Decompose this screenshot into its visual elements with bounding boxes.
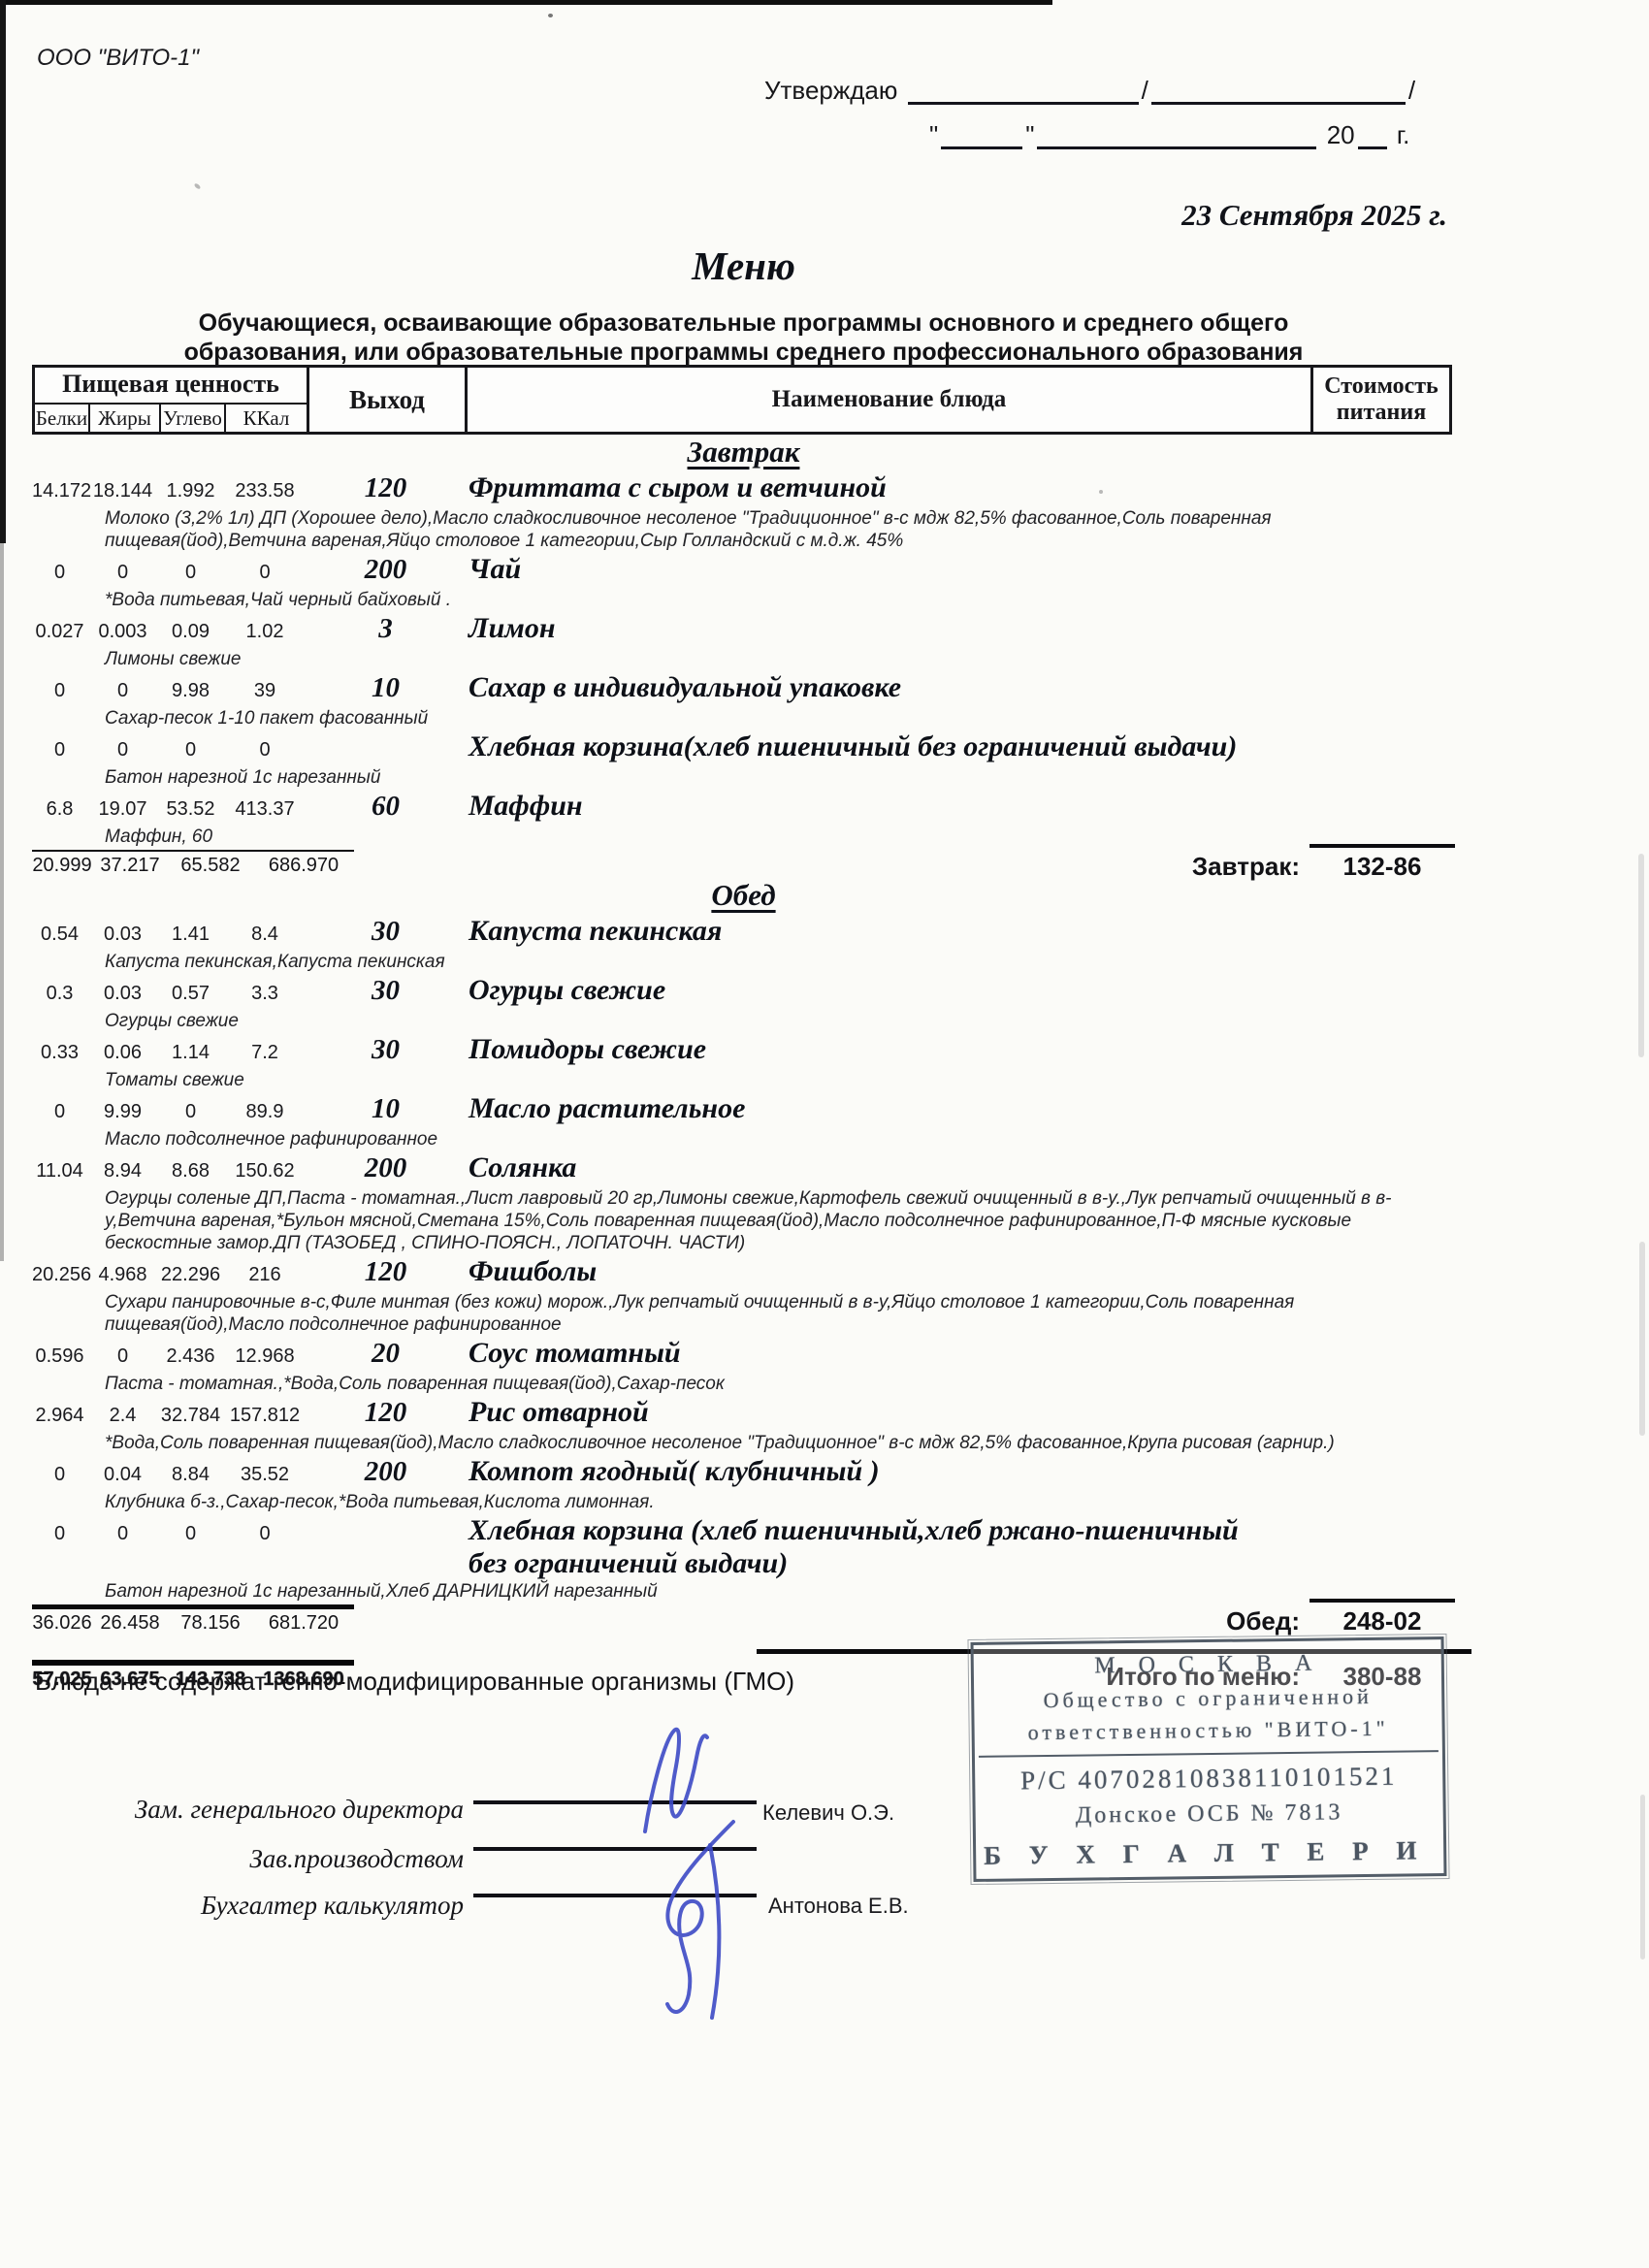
scan-speck-1	[548, 14, 553, 17]
dish-name: Фриттата с сыром и ветчиной	[469, 471, 1303, 504]
nutrition-values: 009.9839	[32, 674, 307, 707]
dish-name: Сахар в индивидуальной упаковке	[469, 671, 1303, 704]
stamp-divider	[979, 1750, 1439, 1758]
total-value: 37.217	[92, 855, 168, 877]
stamp-org-line-1: Общество с ограниченной	[982, 1683, 1434, 1714]
dish-name: Чай	[469, 553, 1303, 586]
nutrition-values: 11.048.948.68150.62	[32, 1154, 307, 1187]
dish-name-line: Огурцы свежие	[469, 974, 1303, 1007]
dish-name: Лимон	[469, 612, 1303, 645]
fat-value: 0.03	[87, 918, 158, 951]
protein-value: 0	[32, 1517, 87, 1550]
menu-row: 0.59602.43612.96820Соус томатный	[32, 1337, 1455, 1373]
nutrition-values: 00.048.8435.52	[32, 1458, 307, 1491]
nutrition-values: 0.540.031.418.4	[32, 918, 307, 951]
signature-name-deputy-director: Келевич О.Э.	[762, 1800, 894, 1826]
scan-speck-2	[194, 182, 202, 190]
stamp-bank-branch: Донское ОСБ № 7813	[984, 1798, 1436, 1831]
approval-date-line: "" 20 г.	[929, 120, 1409, 150]
total-value: 36.026	[32, 1612, 92, 1635]
year-prefix: 20	[1327, 120, 1355, 149]
fat-value: 0.03	[87, 977, 158, 1010]
dish-name: Хлебная корзина(хлеб пшеничный без огран…	[469, 730, 1303, 763]
ingredients: Огурцы свежие	[105, 1010, 1453, 1032]
nutrition-header-group: Пищевая ценность Белки Жиры Углево ККал	[35, 368, 309, 432]
protein-value: 2.964	[32, 1399, 87, 1432]
nutrition-values: 0000	[32, 556, 307, 589]
dish-name: Хлебная корзина (хлеб пшеничный,хлеб ржа…	[469, 1514, 1303, 1580]
table-header: Пищевая ценность Белки Жиры Углево ККал …	[32, 365, 1452, 435]
page-title: Меню	[32, 243, 1455, 289]
dish-name-line: Хлебная корзина (хлеб пшеничный,хлеб ржа…	[469, 1514, 1303, 1547]
nutrition-values: 0.0270.0030.091.02	[32, 615, 307, 648]
portion-size: 30	[307, 916, 465, 948]
portion-size: 120	[307, 1397, 465, 1429]
approval-line: Утверждаю //	[764, 76, 1415, 106]
dish-name: Соус томатный	[469, 1337, 1303, 1370]
total-values: 20.99937.21765.582686.970	[32, 850, 354, 877]
fat-value: 0.003	[87, 615, 158, 648]
dish-name-line: Масло растительное	[469, 1092, 1303, 1125]
protein-value: 0	[32, 1095, 87, 1128]
carbs-value: 1.14	[158, 1036, 223, 1069]
dish-name-line-2: без ограничений выдачи)	[469, 1547, 1303, 1580]
menu-row: 0.540.031.418.430Капуста пекинская	[32, 915, 1455, 951]
dish-name: Солянка	[469, 1151, 1303, 1184]
stamp-city: М О С К В А	[982, 1649, 1434, 1681]
menu-row: 00.048.8435.52200Компот ягодный( клубнич…	[32, 1455, 1455, 1491]
portion-size: 20	[307, 1338, 465, 1370]
carbs-value: 53.52	[158, 793, 223, 826]
carbs-value: 1.41	[158, 918, 223, 951]
protein-value: 0.33	[32, 1036, 87, 1069]
protein-value: 0	[32, 733, 87, 766]
menu-row: 0.30.030.573.330Огурцы свежие	[32, 974, 1455, 1010]
menu-row: 0000200Чай	[32, 553, 1455, 589]
col-header-cost: Стоимость питания	[1313, 368, 1449, 432]
document-subtitle: Обучающиеся, осваивающие образовательные…	[32, 308, 1455, 367]
kcal-value: 413.37	[223, 793, 307, 826]
fat-value: 0.04	[87, 1458, 158, 1491]
stamp-account-number: Р/С 40702810838110101521	[983, 1761, 1435, 1797]
total-values: 36.02626.45878.156681.720	[32, 1604, 354, 1635]
accounting-stamp: М О С К В А Общество с ограниченной отве…	[971, 1636, 1447, 1882]
carbs-value: 9.98	[158, 674, 223, 707]
dish-name: Рис отварной	[469, 1396, 1303, 1429]
total-value: 65.582	[168, 855, 253, 877]
signature-label-deputy-director: Зам. генерального директора	[27, 1795, 464, 1825]
nutrition-values: 0.30.030.573.3	[32, 977, 307, 1010]
ingredients: Огурцы соленые ДП,Паста - томатная.,Лист…	[105, 1187, 1453, 1254]
dish-name-line: Чай	[469, 553, 1303, 586]
scan-smudge-right-1	[1638, 854, 1644, 1057]
dish-name-line: Фриттата с сыром и ветчиной	[469, 471, 1303, 504]
menu-row: 14.17218.1441.992233.58120Фриттата с сыр…	[32, 471, 1455, 507]
protein-value: 14.172	[32, 474, 87, 507]
protein-value: 0	[32, 1458, 87, 1491]
menu-row: 0000Хлебная корзина(хлеб пшеничный без о…	[32, 730, 1455, 766]
col-header-dish: Наименование блюда	[468, 368, 1313, 432]
fat-value: 9.99	[87, 1095, 158, 1128]
kcal-value: 8.4	[223, 918, 307, 951]
portion-size: 30	[307, 975, 465, 1007]
carbs-value: 32.784	[158, 1399, 223, 1432]
fat-value: 0	[87, 556, 158, 589]
kcal-value: 39	[223, 674, 307, 707]
signature-name-accountant: Антонова Е.В.	[768, 1894, 909, 1919]
dish-name-line: Фишболы	[469, 1255, 1303, 1288]
subtitle-line-2: образования, или образовательные програм…	[32, 338, 1455, 367]
nutrition-values: 2.9642.432.784157.812	[32, 1399, 307, 1432]
year-suffix: г.	[1397, 120, 1410, 149]
total-label: Обед:	[1226, 1599, 1300, 1636]
scan-edge-top	[0, 0, 1052, 5]
total-value: 20.999	[32, 855, 92, 877]
col-header-kcal: ККал	[226, 405, 307, 432]
date-day-blank	[941, 123, 1022, 149]
fat-value: 18.144	[87, 474, 158, 507]
protein-value: 0	[32, 556, 87, 589]
portion-size: 3	[307, 613, 465, 645]
protein-value: 0.027	[32, 615, 87, 648]
ingredients: Сухари панировочные в-с,Филе минтая (без…	[105, 1291, 1453, 1336]
total-label: Завтрак:	[1192, 844, 1300, 882]
ingredients: Томаты свежие	[105, 1069, 1453, 1091]
kcal-value: 7.2	[223, 1036, 307, 1069]
nutrition-values: 09.99089.9	[32, 1095, 307, 1128]
total-amount-block: Завтрак:132-86	[1192, 844, 1455, 882]
portion-size: 200	[307, 554, 465, 586]
dish-name: Капуста пекинская	[469, 915, 1303, 948]
open-quote: "	[929, 120, 938, 149]
col-header-portion: Выход	[309, 368, 468, 432]
fat-value: 2.4	[87, 1399, 158, 1432]
carbs-value: 22.296	[158, 1258, 223, 1291]
dish-name-line: Лимон	[469, 612, 1303, 645]
kcal-value: 157.812	[223, 1399, 307, 1432]
carbs-value: 8.68	[158, 1154, 223, 1187]
protein-value: 20.256	[32, 1258, 87, 1291]
protein-value: 11.04	[32, 1154, 87, 1187]
document-date: 23 Сентября 2025 г.	[970, 198, 1447, 233]
nutrition-values: 0000	[32, 733, 307, 766]
portion-size: 200	[307, 1152, 465, 1184]
kcal-value: 35.52	[223, 1458, 307, 1491]
section-title: Обед	[32, 878, 1455, 911]
kcal-value: 0	[223, 1517, 307, 1550]
approval-slash-1: /	[1142, 76, 1148, 105]
signature-label-accountant: Бухгалтер калькулятор	[27, 1891, 464, 1921]
fat-value: 0	[87, 1517, 158, 1550]
col-header-fat: Жиры	[90, 405, 161, 432]
kcal-value: 0	[223, 733, 307, 766]
total-amount: 132-86	[1309, 844, 1455, 882]
carbs-value: 2.436	[158, 1340, 223, 1373]
cost-header-line-2: питания	[1313, 400, 1449, 426]
portion-size: 60	[307, 791, 465, 823]
dish-name: Помидоры свежие	[469, 1033, 1303, 1066]
ingredients: *Вода питьевая,Чай черный байховый .	[105, 589, 1453, 611]
total-amount: 248-02	[1309, 1599, 1455, 1636]
carbs-value: 0	[158, 1517, 223, 1550]
fat-value: 0.06	[87, 1036, 158, 1069]
lunch-section: Обед0.540.031.418.430Капуста пекинскаяКа…	[32, 878, 1455, 1697]
nutrition-header: Пищевая ценность	[35, 368, 307, 405]
kcal-value: 12.968	[223, 1340, 307, 1373]
menu-row: 11.048.948.68150.62200Солянка	[32, 1151, 1455, 1187]
dish-name-line: Капуста пекинская	[469, 915, 1303, 948]
menu-row: 0.0270.0030.091.023Лимон	[32, 612, 1455, 648]
protein-value: 6.8	[32, 793, 87, 826]
dish-name-line: Рис отварной	[469, 1396, 1303, 1429]
portion-size: 10	[307, 1093, 465, 1125]
date-month-blank	[1037, 123, 1316, 149]
carbs-value: 0	[158, 1095, 223, 1128]
dish-name-line: Сахар в индивидуальной упаковке	[469, 671, 1303, 704]
scan-edge-left	[0, 0, 6, 543]
nutrition-values: 20.2564.96822.296216	[32, 1258, 307, 1291]
fat-value: 0	[87, 733, 158, 766]
protein-value: 0.596	[32, 1340, 87, 1373]
total-value: 681.720	[253, 1612, 354, 1635]
nutrition-values: 14.17218.1441.992233.58	[32, 474, 307, 507]
dish-name-line: Помидоры свежие	[469, 1033, 1303, 1066]
menu-document-page: ООО "ВИТО-1" Утверждаю // "" 20 г. 23 Се…	[0, 0, 1649, 2268]
kcal-value: 233.58	[223, 474, 307, 507]
fat-value: 4.968	[87, 1258, 158, 1291]
company-name: ООО "ВИТО-1"	[37, 45, 199, 72]
ingredients: *Вода,Соль поваренная пищевая(йод),Масло…	[105, 1432, 1453, 1454]
breakfast-section: Завтрак14.17218.1441.992233.58120Фриттат…	[32, 435, 1455, 887]
close-quote: "	[1025, 120, 1034, 149]
portion-size: 120	[307, 1256, 465, 1288]
nutrition-values: 6.819.0753.52413.37	[32, 793, 307, 826]
dish-name-line: Хлебная корзина(хлеб пшеничный без огран…	[469, 730, 1303, 763]
nutrition-values: 0.330.061.147.2	[32, 1036, 307, 1069]
kcal-value: 216	[223, 1258, 307, 1291]
dish-name: Огурцы свежие	[469, 974, 1303, 1007]
menu-row: 009.983910Сахар в индивидуальной упаковк…	[32, 671, 1455, 707]
nutrition-values: 0.59602.43612.968	[32, 1340, 307, 1373]
menu-row: 6.819.0753.52413.3760Маффин	[32, 790, 1455, 826]
col-header-carbs: Углево	[161, 405, 226, 432]
approval-slash-2: /	[1408, 76, 1415, 105]
carbs-value: 0.09	[158, 615, 223, 648]
kcal-value: 0	[223, 556, 307, 589]
ingredients: Лимоны свежие	[105, 648, 1453, 670]
protein-value: 0	[32, 674, 87, 707]
scan-smudge-right-2	[1639, 1242, 1645, 1436]
subtitle-line-1: Обучающиеся, осваивающие образовательные…	[32, 308, 1455, 338]
dish-name: Маффин	[469, 790, 1303, 823]
handwritten-signature-2	[648, 1816, 760, 2025]
kcal-value: 89.9	[223, 1095, 307, 1128]
fat-value: 8.94	[87, 1154, 158, 1187]
section-total-row: 36.02626.45878.156681.720Обед:248-02	[32, 1604, 1455, 1641]
total-value: 78.156	[168, 1612, 253, 1635]
nutrition-values: 0000	[32, 1517, 307, 1550]
ingredients: Сахар-песок 1-10 пакет фасованный	[105, 707, 1453, 729]
menu-row: 09.99089.910Масло растительное	[32, 1092, 1455, 1128]
approval-label: Утверждаю	[764, 76, 897, 105]
ingredients: Паста - томатная.,*Вода,Соль поваренная …	[105, 1373, 1453, 1395]
fat-value: 0	[87, 674, 158, 707]
carbs-value: 0	[158, 733, 223, 766]
fat-value: 0	[87, 1340, 158, 1373]
gmo-note: Блюда не содержат генно-модифицированные…	[35, 1667, 794, 1697]
dish-name: Фишболы	[469, 1255, 1303, 1288]
col-header-protein: Белки	[35, 405, 90, 432]
kcal-value: 150.62	[223, 1154, 307, 1187]
ingredients: Масло подсолнечное рафинированное	[105, 1128, 1453, 1150]
stamp-department: Б У Х Г А Л Т Е Р И Я	[984, 1835, 1436, 1871]
year-blank	[1358, 123, 1387, 149]
signature-line-deputy-director	[473, 1800, 757, 1804]
kcal-value: 3.3	[223, 977, 307, 1010]
carbs-value: 8.84	[158, 1458, 223, 1491]
approval-blank-2	[1151, 79, 1406, 105]
signature-label-production-manager: Зав.производством	[27, 1844, 464, 1874]
portion-size: 120	[307, 472, 465, 504]
total-amount-block: Обед:248-02	[1226, 1599, 1455, 1636]
ingredients: Клубника б-з.,Сахар-песок,*Вода питьевая…	[105, 1491, 1453, 1513]
carbs-value: 0.57	[158, 977, 223, 1010]
protein-value: 0.3	[32, 977, 87, 1010]
total-value: 26.458	[92, 1612, 168, 1635]
carbs-value: 1.992	[158, 474, 223, 507]
section-title: Завтрак	[32, 435, 1455, 468]
menu-row: 2.9642.432.784157.812120Рис отварной	[32, 1396, 1455, 1432]
portion-size: 10	[307, 672, 465, 704]
menu-row: 0000Хлебная корзина (хлеб пшеничный,хлеб…	[32, 1514, 1455, 1580]
cost-header-line-1: Стоимость	[1313, 373, 1449, 400]
fat-value: 19.07	[87, 793, 158, 826]
dish-name-line: Компот ягодный( клубничный )	[469, 1455, 1303, 1488]
total-value: 686.970	[253, 855, 354, 877]
dish-name-line: Соус томатный	[469, 1337, 1303, 1370]
ingredients: Молоко (3,2% 1л) ДП (Хорошее дело),Масло…	[105, 507, 1453, 552]
carbs-value: 0	[158, 556, 223, 589]
dish-name-line: Солянка	[469, 1151, 1303, 1184]
kcal-value: 1.02	[223, 615, 307, 648]
menu-row: 20.2564.96822.296216120Фишболы	[32, 1255, 1455, 1291]
scan-edge-left-light	[0, 543, 4, 1261]
ingredients: Капуста пекинская,Капуста пекинская	[105, 951, 1453, 973]
menu-row: 0.330.061.147.230Помидоры свежие	[32, 1033, 1455, 1069]
protein-value: 0.54	[32, 918, 87, 951]
portion-size: 200	[307, 1456, 465, 1488]
approval-blank-1	[908, 79, 1139, 105]
dish-name-line: Маффин	[469, 790, 1303, 823]
portion-size: 30	[307, 1034, 465, 1066]
dish-name: Масло растительное	[469, 1092, 1303, 1125]
ingredients: Батон нарезной 1с нарезанный	[105, 766, 1453, 789]
dish-name: Компот ягодный( клубничный )	[469, 1455, 1303, 1488]
nutrition-subheaders: Белки Жиры Углево ККал	[35, 405, 307, 432]
stamp-org-line-2: ответственностью "ВИТО-1"	[982, 1715, 1434, 1746]
scan-smudge-right-3	[1640, 1795, 1645, 1960]
